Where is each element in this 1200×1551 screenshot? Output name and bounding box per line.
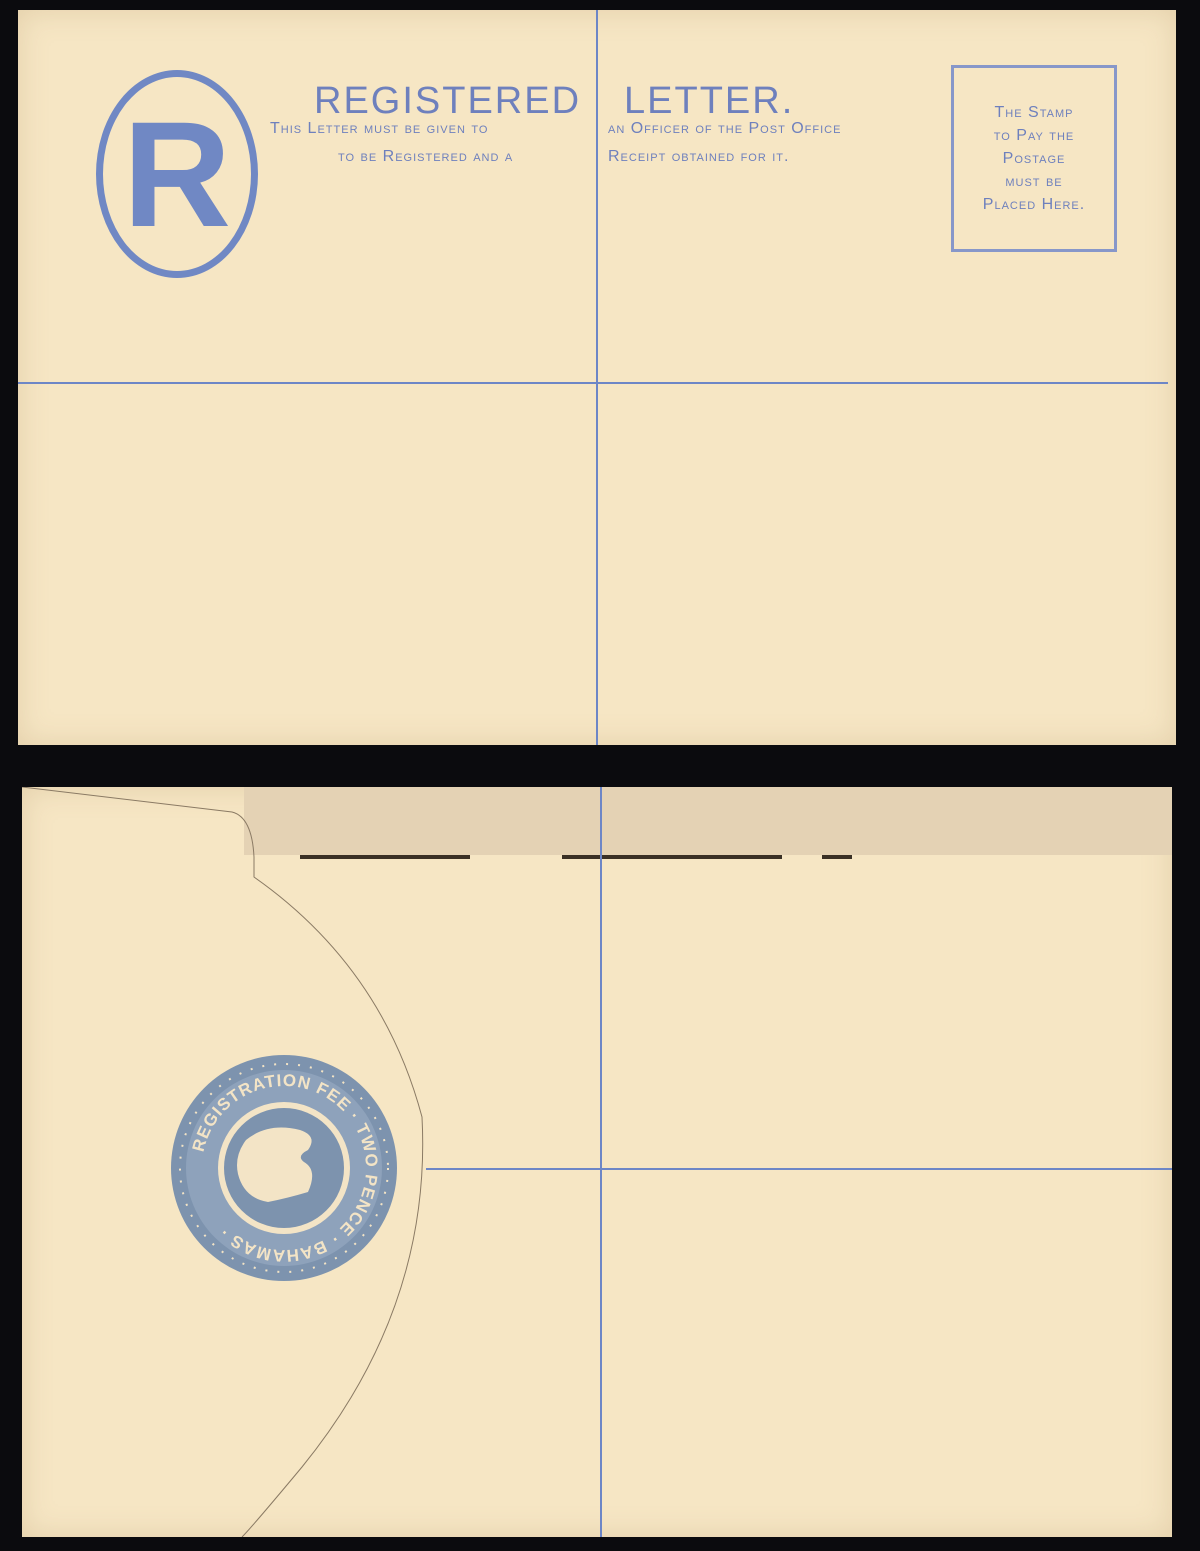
registered-r-mark: R: [96, 70, 258, 278]
instruction-line2-right: Receipt obtained for it.: [608, 148, 789, 166]
instruction-line1-left: This Letter must be given to: [270, 120, 488, 138]
horizontal-rule: [426, 1168, 1172, 1170]
envelope-front: R REGISTERED LETTER. This Letter must be…: [18, 10, 1176, 745]
stamp-box-line: to Pay the: [994, 124, 1075, 147]
title-registered: REGISTERED: [314, 80, 581, 123]
flap-gap: [562, 855, 782, 859]
embossed-registration-fee-stamp: REGISTRATION FEE · TWO PENCE · BAHAMAS ·: [168, 1052, 400, 1284]
stamp-box-line: The Stamp: [995, 101, 1074, 124]
stamp-box-line: Postage: [1003, 147, 1066, 170]
title-letter: LETTER.: [624, 80, 794, 123]
r-letter: R: [103, 77, 251, 271]
envelope-back: REGISTRATION FEE · TWO PENCE · BAHAMAS ·: [22, 787, 1172, 1537]
instruction-line1-right: an Officer of the Post Office: [608, 120, 841, 138]
horizontal-rule: [18, 382, 1168, 384]
flap-gap: [822, 855, 852, 859]
stamp-placement-box: The Stamp to Pay the Postage must be Pla…: [951, 65, 1117, 252]
vertical-rule: [596, 10, 598, 745]
stamp-box-line: Placed Here.: [983, 193, 1085, 216]
instruction-line2-left: to be Registered and a: [338, 148, 513, 166]
stamp-box-line: must be: [1005, 170, 1062, 193]
vertical-rule: [600, 787, 602, 1537]
